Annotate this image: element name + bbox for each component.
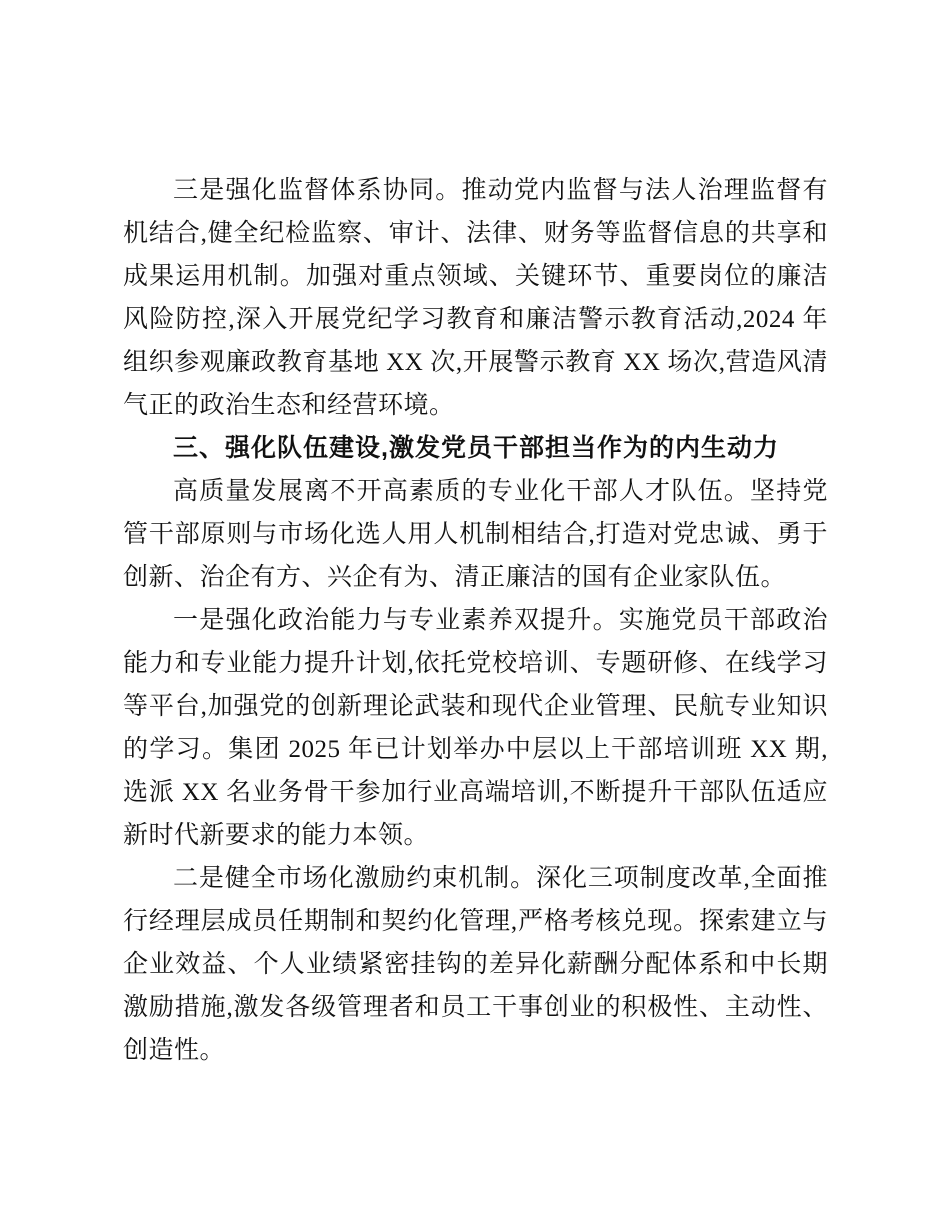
document-page: 三是强化监督体系协同。推动党内监督与法人治理监督有机结合,健全纪检监察、审计、法… [0,0,950,1230]
paragraph-market-incentive-mechanism: 二是健全市场化激励约束机制。深化三项制度改革,全面推行经理层成员任期制和契约化管… [123,857,828,1072]
section-heading-team-building: 三、强化队伍建设,激发党员干部担当作为的内生动力 [123,427,828,470]
document-body: 三是强化监督体系协同。推动党内监督与法人治理监督有机结合,健全纪检监察、审计、法… [123,169,828,1072]
paragraph-political-professional-ability: 一是强化政治能力与专业素养双提升。实施党员干部政治能力和专业能力提升计划,依托党… [123,599,828,857]
paragraph-supervision-synergy: 三是强化监督体系协同。推动党内监督与法人治理监督有机结合,健全纪检监察、审计、法… [123,169,828,427]
paragraph-talent-team-intro: 高质量发展离不开高素质的专业化干部人才队伍。坚持党管干部原则与市场化选人用人机制… [123,470,828,599]
